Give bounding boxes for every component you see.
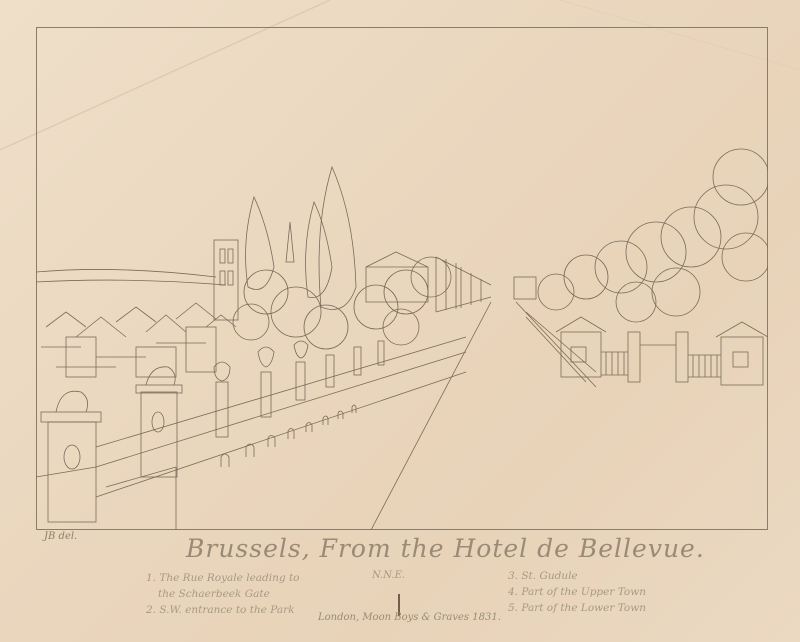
rue-royale-street: [371, 302, 596, 530]
legend-left: 1. The Rue Royale leading to the Schaerb…: [146, 570, 300, 618]
terrace-balustrade: [41, 337, 466, 522]
poplar-tree: [319, 167, 356, 310]
rue-royale-buildings: [436, 257, 491, 312]
legend-item: the Schaerbeek Gate: [146, 586, 300, 602]
legend-item: 4. Part of the Upper Town: [508, 584, 646, 600]
legend-right: 3. St. Gudule 4. Part of the Upper Town …: [508, 568, 646, 616]
engraving-scene: [36, 27, 768, 530]
park-gate: [556, 317, 768, 385]
lion-sculpture-center: [146, 367, 175, 385]
distant-building: [514, 277, 536, 299]
legend-item: 3. St. Gudule: [508, 568, 646, 584]
bollards: [221, 405, 356, 467]
lion-sculpture-left: [56, 391, 88, 412]
upper-town-building: [366, 252, 428, 302]
legend-item: 5. Part of the Lower Town: [508, 600, 646, 616]
artist-signature: JB del.: [44, 531, 77, 542]
poplar-tree: [246, 197, 274, 290]
poplar-tree: [306, 202, 332, 298]
compass-direction: N.N.E.: [372, 570, 405, 581]
park-trees: [538, 149, 768, 322]
legend-item: 2. S.W. entrance to the Park: [146, 602, 300, 618]
print-title: Brussels, From the Hotel de Bellevue.: [186, 534, 705, 563]
lower-town-roofs: [41, 303, 236, 377]
publisher-imprint: London, Moon Boys & Graves 1831.: [318, 612, 501, 623]
trees-left: [233, 257, 451, 349]
st-gudule-tower: [214, 222, 294, 320]
legend-item: 1. The Rue Royale leading to: [146, 570, 300, 586]
